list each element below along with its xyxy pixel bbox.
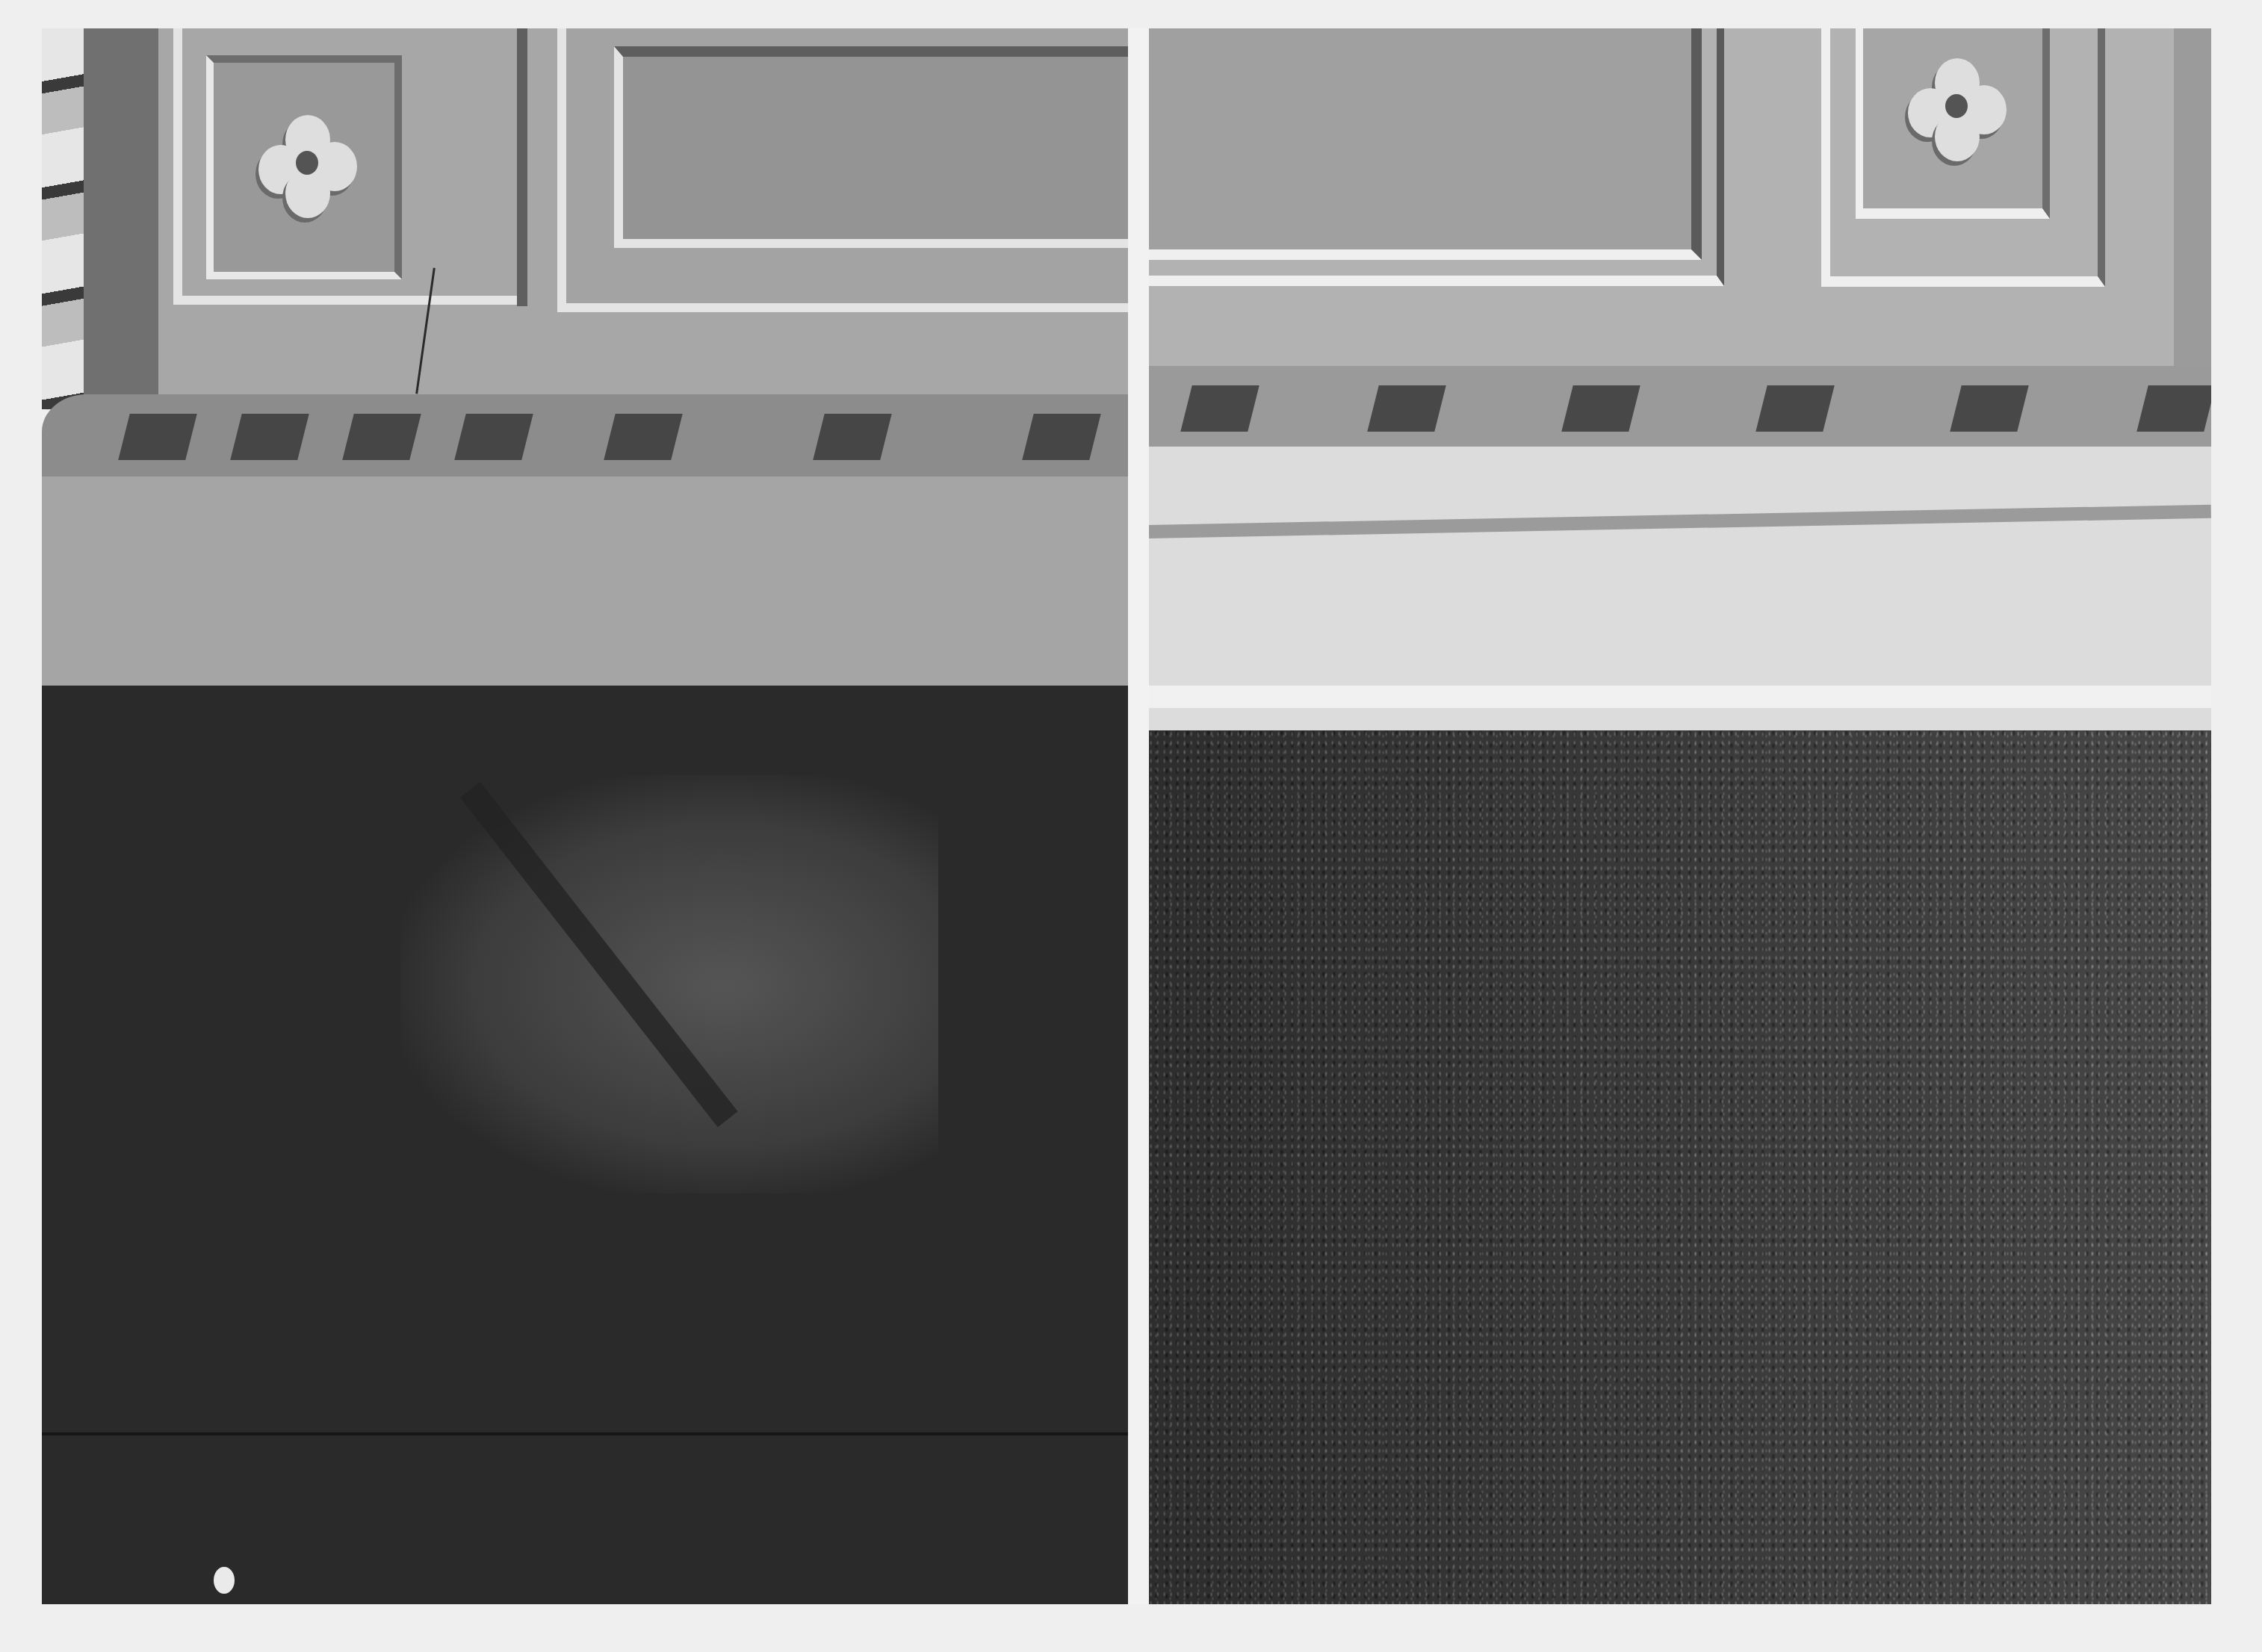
dentil-cornice-right — [1149, 366, 2211, 448]
spiral-column-edge — [42, 28, 84, 409]
ledge-line — [42, 1432, 1128, 1435]
rosette-panel-left — [206, 55, 402, 279]
photo-panel-right — [1149, 28, 2211, 1604]
framed-panel-inner-left — [614, 46, 1128, 248]
frame-line — [173, 28, 182, 305]
faded-figure — [400, 775, 938, 1193]
paint-loss-spot — [214, 1567, 235, 1594]
framed-panel-inner-right — [1149, 28, 1702, 260]
faded-figure-area — [42, 686, 1128, 1604]
pilaster-strip-right — [2174, 28, 2211, 372]
band-highlight — [1149, 686, 2211, 708]
plain-band-left — [42, 476, 1128, 701]
tonal-fade — [1149, 730, 2211, 1604]
frame-line — [173, 296, 524, 305]
rosette-panel-right — [1856, 28, 2050, 219]
photo-panel-left — [42, 28, 1128, 1604]
panel-gutter — [1128, 28, 1149, 1604]
dentil-cornice-left — [42, 394, 1128, 476]
rosette-icon — [258, 115, 356, 212]
rosette-icon — [1908, 58, 2005, 155]
frame-shadow-line — [517, 28, 527, 306]
pilaster-shadow — [84, 28, 158, 409]
